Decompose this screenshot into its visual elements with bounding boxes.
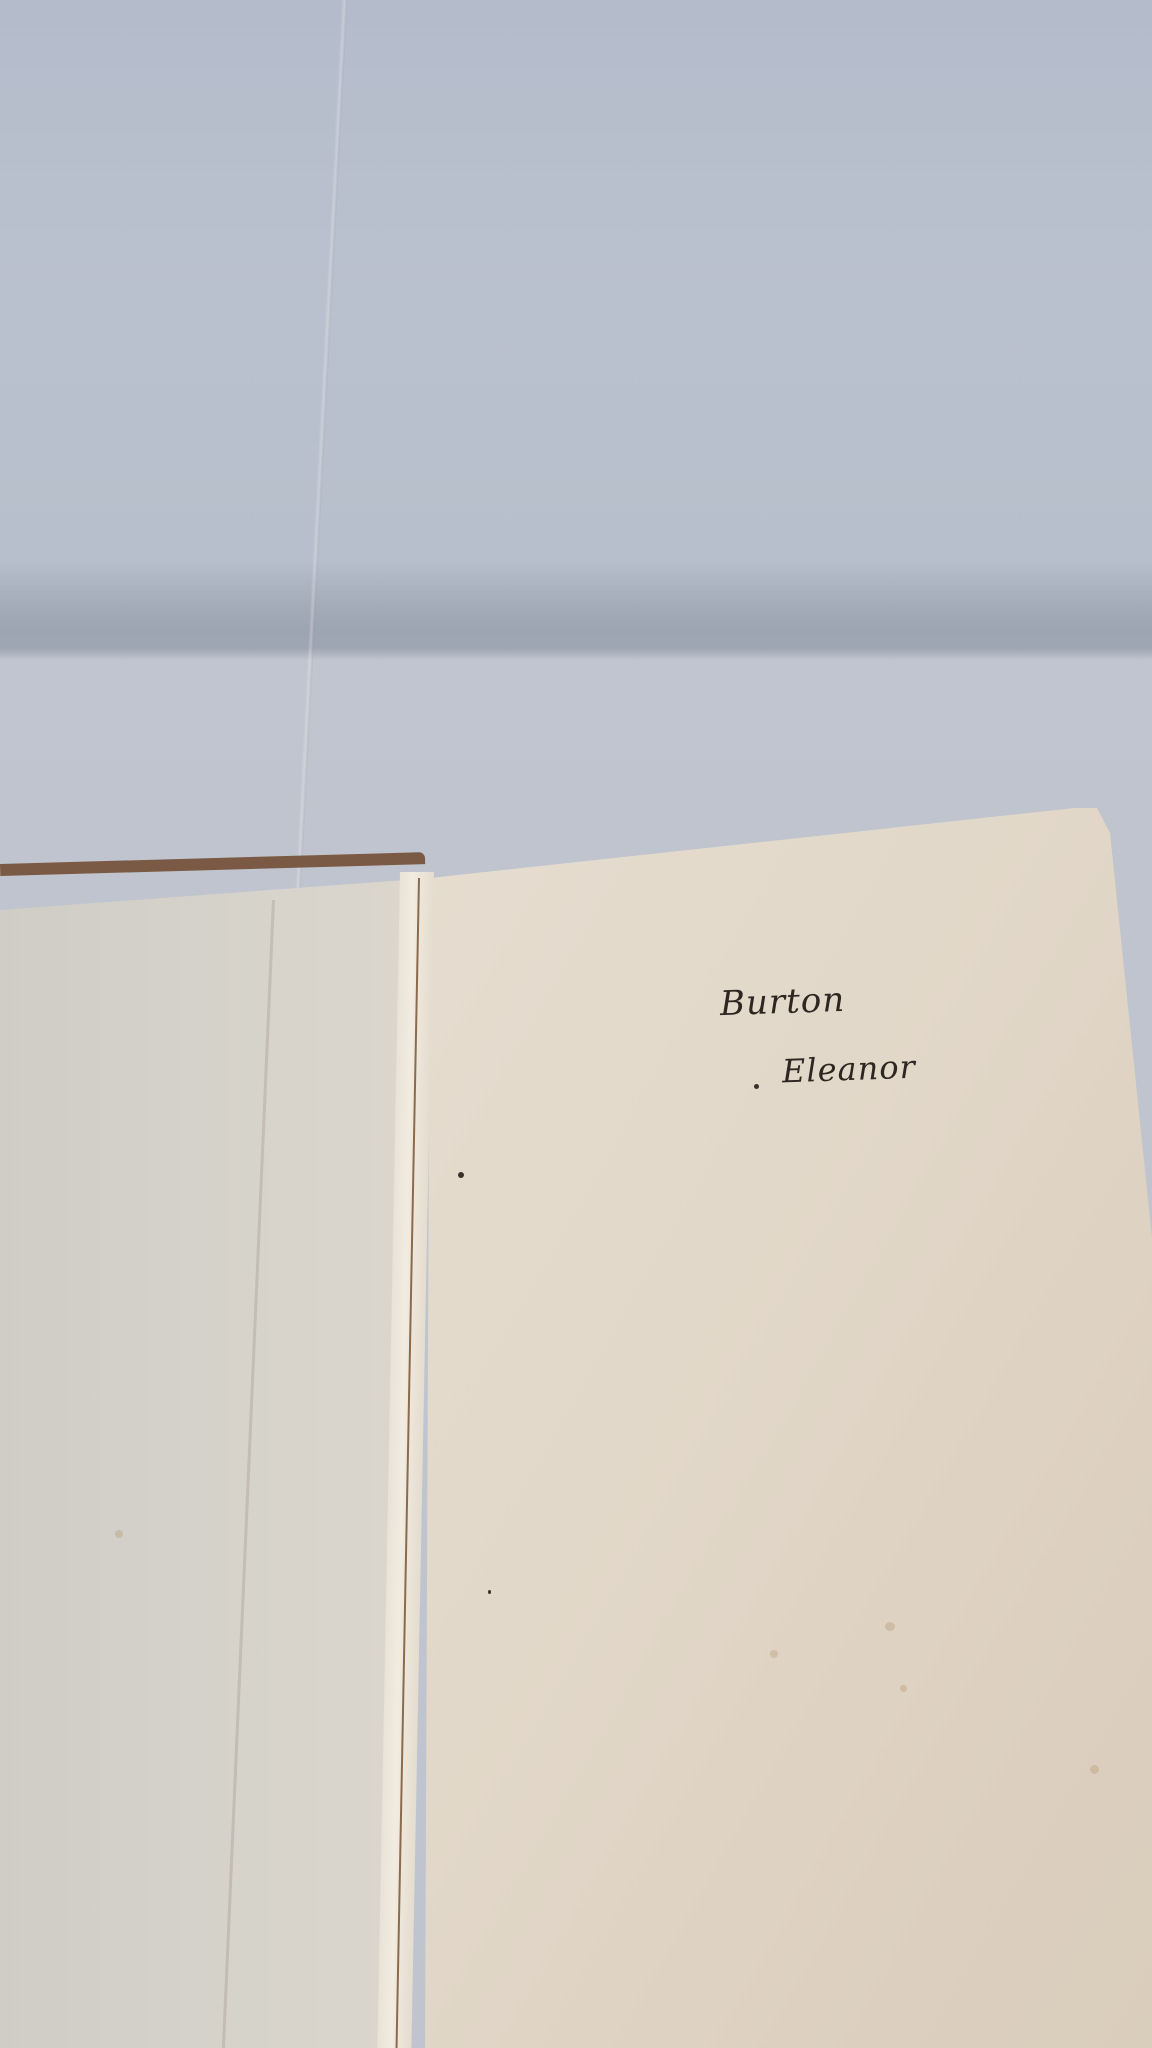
inscription-given-name: Eleanor — [781, 1048, 916, 1091]
ink-dot — [754, 1084, 759, 1089]
foxing-spot — [115, 1530, 123, 1538]
cloth-fold-shadow — [0, 560, 1152, 660]
foxing-spot — [458, 1172, 464, 1178]
foxing-spot — [885, 1622, 895, 1631]
front-pastedown — [0, 880, 410, 2048]
foxing-spot — [770, 1650, 778, 1658]
foxing-spot — [488, 1590, 491, 1594]
foxing-spot — [900, 1685, 907, 1692]
inscription-surname: Burton — [719, 980, 845, 1024]
foxing-spot — [1090, 1765, 1099, 1774]
